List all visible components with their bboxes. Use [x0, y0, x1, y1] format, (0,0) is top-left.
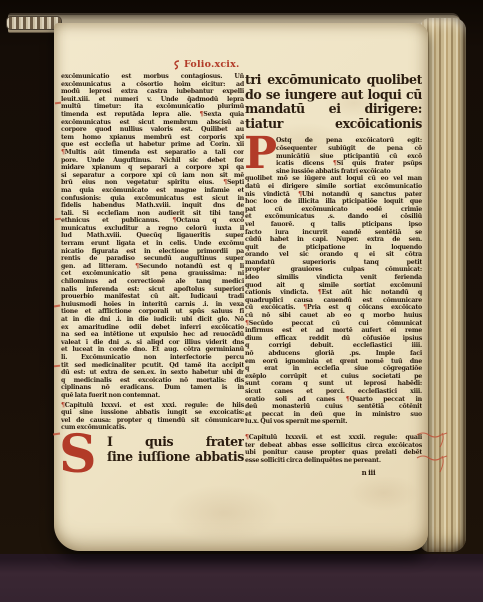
text-line: quod ait q simile sortiat excōmuni [245, 282, 422, 290]
text-line: nalis inferenda est: sicut apoſtolus sup… [61, 286, 244, 294]
text-line: huiusmodi hoīes in interitū carnis .i. i… [61, 301, 244, 309]
left-column: excōmunicatio est morbus contagiosus. Uñ… [61, 73, 244, 481]
text-line: hoc loco de illicita illa pticipatiōe lo… [245, 198, 422, 206]
text-line: et luceat in corde dno. Et aug. cōtra ge… [61, 346, 244, 354]
rubric-line: ubi ponitur cause propter quas prelati d… [245, 449, 422, 457]
margin-squiggle-icon [416, 431, 448, 449]
text-line: dū est: ut extra de sen.ex. in sexto hab… [61, 369, 244, 377]
text-line: tali. Si eccleſiam non audierit sit tibi… [61, 210, 244, 218]
text-line: terram erunt ligata et in celis. Unde ex… [61, 240, 244, 248]
text-line: orando vel sic orando q ei sit cōtra [245, 251, 422, 259]
text-line: ¶Secūdo peccat cū cui cōmunicat [245, 320, 422, 328]
text-line: facto iura incurrit eandē sentētiā se [245, 229, 422, 237]
text-line: leuit.xiii. et numeri v. Unde q̄admodū l… [61, 96, 244, 104]
text-line: tit sed medicinaliter pcutit. Qd tamē it… [61, 362, 244, 370]
text-line: et excōmunicatus .s. dando ei cōsiliū [245, 213, 422, 221]
text-line: lu.x. Qui vos spernit me spernit. [245, 418, 422, 426]
large-text-line: mandatū ei dirigere: ſimile ſor/ [245, 102, 422, 117]
commentary-opening: P Ostq de pena excōicatorū egit:cōsequen… [245, 137, 422, 175]
text-line: tem homo xpianus membrū est corporis xpi [61, 134, 244, 142]
rubric-line: ¶Capitulū lxxxvii. et est xxxii. regule:… [245, 434, 422, 442]
text-line: q corrigi debuit. eccleſiastici iiii. [245, 342, 422, 350]
text-line: excōmunicatus est sicut membrum abscisū … [61, 119, 244, 127]
text-line: sunt coram q sunt ut leprosi habēdi: [245, 380, 422, 388]
left-column-body: excōmunicatio est morbus contagiosus. Uñ… [61, 73, 244, 400]
folio-flourish-icon [172, 60, 182, 70]
text-line: cet excōmunicatio sit pena grauissima: n… [61, 270, 244, 278]
text-line: modū leprosi extra castra iubebantur exp… [61, 88, 244, 96]
text-line: datū ei dirigere simile sortiat excōmuni… [245, 183, 422, 191]
chapter-text-continued: tri excōmunicato quolibet mo/do se iunge… [245, 73, 422, 131]
text-line: multū timetur: ita excōmunicatio plurimū [61, 103, 244, 111]
rubric-line: qui sine iussione abbatis iungit se exco… [61, 409, 244, 417]
text-line: ma quia excōmunicato est magne infamie e… [61, 187, 244, 195]
text-line: exēplo corrūpit et cuius societati pe [245, 373, 422, 381]
text-line: ex amaritudine odii debet inferri excōic… [61, 324, 244, 332]
text-line: nis vindictā ¶Ubi notandū q sanctus pate… [245, 191, 422, 199]
text-line: brū eius non vegetatur spiritu eius. ¶Se… [61, 179, 244, 187]
text-line: si separatur a corpore xpi cū iam non si… [61, 172, 244, 180]
text-line: chilominus ad correctionē ale tanq medic… [61, 278, 244, 286]
text-line: excōmunicatio est morbus contagiosus. Uñ [61, 73, 244, 81]
margin-mark-icon [54, 304, 60, 307]
rubric-line: ter debeat abbas esse sollicitus circa e… [245, 442, 422, 450]
text-line: infirmus est et ad mortē aufert ei reme [245, 327, 422, 335]
text-line: pat cū excōmunicato eodē crimīe [245, 206, 422, 214]
text-line: cū excōicatis. ¶Pria est q cōicans excōi… [245, 304, 422, 312]
folio-label: Folio.xcix. [184, 59, 240, 70]
right-chapter-rubric: ¶Capitulū lxxxvii. et est xxxii. regule:… [245, 434, 422, 464]
text-line: na sed ea intētione ut expulsio hec ad r… [61, 331, 244, 339]
text-line: quadruplici causa cauendū est cōmunicare [245, 297, 422, 305]
margin-squiggle-icon [416, 453, 448, 473]
text-line: midare xpianum q separari a corpore xpi … [61, 164, 244, 172]
text-line: fidelis habendus Math.xviii. inquit dns … [61, 202, 244, 210]
text-line: ciplinans nō eradicans. Dum tamen is in [61, 384, 244, 392]
text-line: que est eccleſia ut habetur prime ad Cor… [61, 141, 244, 149]
text-line: gen. ad litteram. ¶Secundo notandū est q… [61, 263, 244, 271]
text-line: cationis vindicta. ¶Est aūt hic notandū … [245, 289, 422, 297]
right-column: tri excōmunicato quolibet mo/do se iunge… [245, 73, 422, 477]
text-line: nicatio figurata est in electione primor… [61, 248, 244, 256]
text-line: quē lata fuerit non contemnat. [61, 392, 244, 400]
drop-cap-s: S [59, 431, 96, 479]
text-line: excōmunicatus a cōsortio hoīm eicitur: a… [61, 81, 244, 89]
large-text-line: I quis frater preſumpſerit [107, 435, 244, 450]
text-line: oratio soli ad canes ¶Quarto peccat in [245, 396, 422, 404]
text-line: tione et afflictione corporali ut spūs s… [61, 308, 244, 316]
rubric-line: ¶Capitulū lxxxvi. et est xxxi. regule: d… [61, 402, 244, 410]
large-text-line: tri excōmunicato quolibet mo/ [245, 73, 422, 88]
rubric-line: esse solliciti circa delinquētes ne pere… [245, 457, 422, 465]
text-line: valeat ī die dni .s. si aliqd cor illius… [61, 339, 244, 347]
quire-signature: n iii [245, 469, 422, 477]
text-line: cūdū habet in capi. Nuper. extra de sen. [245, 236, 422, 244]
text-line: at in die dni .i. in die iudicii: ubi di… [61, 316, 244, 324]
chapter-opening-lines: I quis frater preſumpſeritſine iuſſione … [107, 435, 244, 464]
text-line: nō abducens gloriā .ps. Imple faci [245, 350, 422, 358]
spacer [245, 426, 422, 432]
text-line: cū nō sibi cauet ab eo q morbo huius [245, 312, 422, 320]
large-text-line: do se iungere aut loqui cū eo/vel [245, 88, 422, 103]
text-line: q medicinalis est excoicatio nō mortalis… [61, 377, 244, 385]
folio-header: Folio.xcix. [172, 59, 240, 70]
text-line: municatus excluditur a regno celorū iuxt… [61, 225, 244, 233]
text-line: ethnicus et publicanus. ¶Octaua q excō [61, 217, 244, 225]
text-line: propter grauiores culpas cōmunicat: [245, 266, 422, 274]
text-line: quit de pticipatione in loquendo [245, 244, 422, 252]
text-line: rentis de paradiso secundū auguſtinus su… [61, 255, 244, 263]
text-line: confusionis: quia excōmunicatus est sicu… [61, 195, 244, 203]
margin-mark-icon [54, 365, 60, 368]
text-line: q erat in eccleſia siue cōgregatiōe [245, 365, 422, 373]
text-line: dium efficax reddit dū cōfusiōe ipsius [245, 335, 422, 343]
text-line: corpore quod nullius valoris est. Quilib… [61, 126, 244, 134]
text-line: et peccat in deū que in ministro suo [245, 411, 422, 419]
text-line: lud Math.xviii. Quecūq ligaueritis super [61, 232, 244, 240]
chapter-opening: S I quis frater preſumpſeritſine iuſſion… [61, 435, 244, 481]
right-column-body: quolibet mō se iūgere aut loqui cū eo ve… [245, 175, 422, 426]
drop-cap-p: P [244, 134, 277, 174]
text-line: mandatū superioris tanq petit [245, 259, 422, 267]
large-text-line: ſine iuſſione abbatis fra/ [107, 450, 244, 465]
text-line: timenda est reputāda lepra alie. ¶Sexta … [61, 111, 244, 119]
text-line: ideo similis vindicta venit ferienda [245, 274, 422, 282]
text-line: pore. Unde Auguſtinus. Nichil sic debet … [61, 157, 244, 165]
text-line: em eorū ignominia et qrent nomē tuū dne [245, 358, 422, 366]
text-line: li. Excōmunicatio non interfectorie perc… [61, 354, 244, 362]
text-line: deū monasteriū cuius sentētiā cōtēnit [245, 403, 422, 411]
book-photograph: Folio.xcix. excōmunicatio est morbus con… [0, 0, 483, 602]
book-page: Folio.xcix. excōmunicatio est morbus con… [54, 23, 428, 551]
text-line: ¶Multis aūt timenda est separatio a tali… [61, 149, 244, 157]
text-line: sicut canes et porci. eccleſiastici xiii… [245, 388, 422, 396]
text-line: prouerbio manifestat cū ait. Iudicaui tr… [61, 293, 244, 301]
table-cloth-background [0, 554, 483, 602]
text-line: vel fauorē. q talis pticipans ipso [245, 221, 422, 229]
